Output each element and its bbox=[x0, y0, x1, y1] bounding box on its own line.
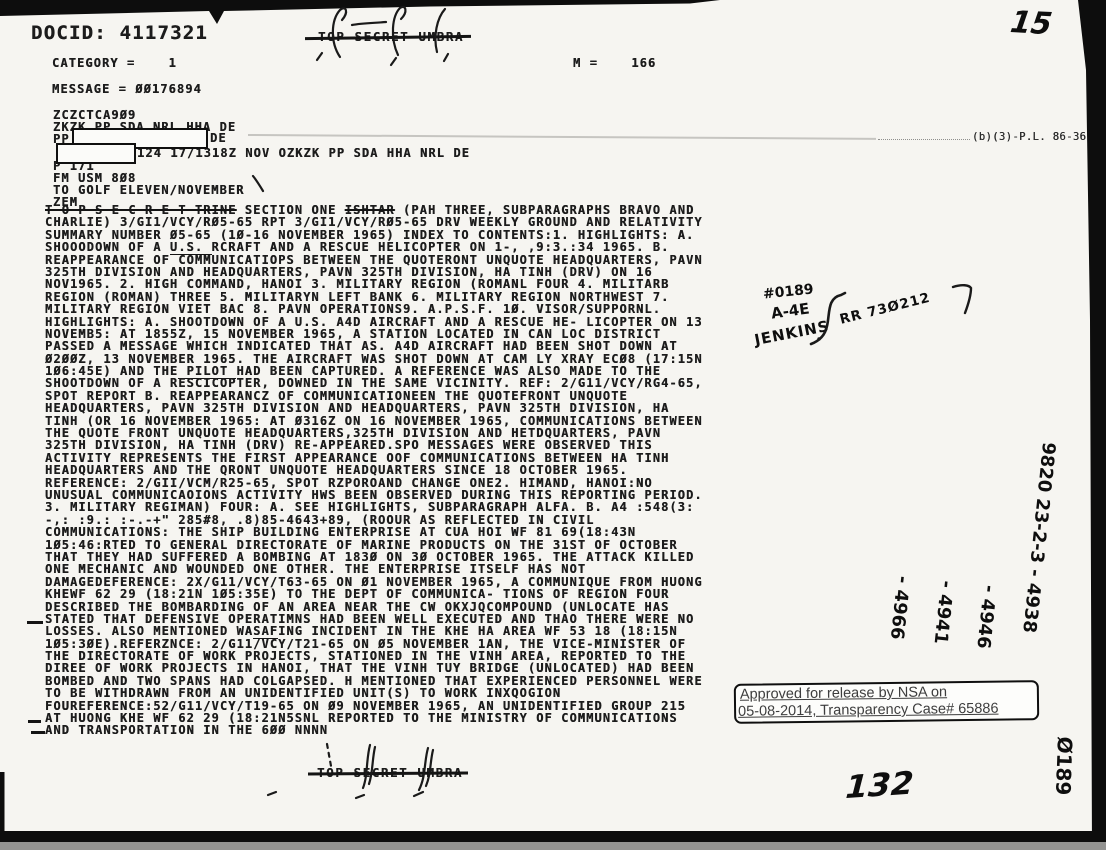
serial-3: - 4941 bbox=[932, 432, 969, 644]
document-scan-page: DOCID: 4117321 TOP SECRET UMBRA 15 CATEG… bbox=[0, 0, 1106, 850]
body-line: DIREE OF WORK PROJECTS IN HANOI, THAT TH… bbox=[45, 662, 703, 674]
side-serial: Ø189 bbox=[1051, 736, 1077, 796]
scan-edge-top bbox=[0, 0, 720, 24]
body-line: NOV1965. 2. HIGH COMMAND, HANOI 3. MILIT… bbox=[45, 278, 703, 290]
body-line: MILITARY REGION VIET BAC 8. PAVN OPERATI… bbox=[45, 303, 703, 315]
message-count-line: M = 166 bbox=[573, 57, 656, 69]
serial-main: 9820 23-2-3 - 4938 bbox=[1019, 441, 1056, 653]
body-line: LOSSES. ALSO MENTIONED WASAFING INCIDENT… bbox=[45, 625, 703, 637]
docid-line: DOCID: 4117321 bbox=[31, 22, 208, 44]
serial-4: - 4966 bbox=[889, 428, 926, 640]
release-stamp: Approved for release by NSA on 05-08-201… bbox=[734, 680, 1039, 724]
margin-dash-3 bbox=[31, 731, 45, 734]
scan-artifact-line bbox=[248, 134, 876, 139]
scan-edge-left bbox=[0, 772, 5, 834]
scan-edge-right bbox=[1078, 0, 1106, 850]
body-line: HEADQUARTERS AND THE QRONT UNQUOTE HEADQ… bbox=[45, 464, 703, 476]
body-text: T O P S E C R E T TRINE SECTION ONE ISHT… bbox=[45, 204, 703, 737]
pen-scribble-top-hook2 bbox=[391, 58, 396, 65]
redaction-box-2 bbox=[56, 143, 136, 164]
message-number-line: MESSAGE = ØØ176894 bbox=[52, 83, 202, 95]
pen-tick-golf bbox=[253, 176, 263, 191]
scan-edge-bottom-margin bbox=[0, 842, 1106, 850]
body-line: SHOOODOWN OF A U.S. RCRAFT AND A RESCUE … bbox=[45, 241, 703, 253]
pen-scribble-bottom-hook1 bbox=[268, 792, 276, 795]
note-aircraft: A-4E bbox=[770, 299, 811, 322]
routing-line-7: TO GOLF ELEVEN/NOVEMBER bbox=[53, 184, 244, 196]
body-line: 325TH DIVISION, HA TINH (DRV) RE-APPEARE… bbox=[45, 439, 703, 451]
body-line: KHEWF 62 29 (18:21N 1Ø5:35E) TO THE DEPT… bbox=[45, 588, 703, 600]
category-line: CATEGORY = 1 bbox=[52, 57, 177, 69]
body-line: CHARLIE) 3/GI1/VCY/RØ5-65 RPT 3/GI1/VCY/… bbox=[45, 216, 703, 228]
body-line: ONE MECHANIC AND WOUNDED ONE OTHER. THE … bbox=[45, 563, 703, 575]
body-line: COMMUNICATIONS: THE SHIP BUILDING ENTERP… bbox=[45, 526, 703, 538]
serial-number-block: 9820 23-2-3 - 4938 - 4946 - 4941 - 4966 bbox=[860, 425, 1084, 657]
body-line: AND TRANSPORTATION IN THE 6ØØ NNNN bbox=[45, 724, 703, 736]
pen-scribble-top-dash bbox=[352, 22, 386, 25]
serial-2: - 4946 bbox=[975, 437, 1012, 649]
body-line: HEADQUARTERS, PAVN 325TH DIVISION AND HE… bbox=[45, 402, 703, 414]
exemption-label: (b)(3)-P.L. 86-36 bbox=[972, 131, 1086, 143]
body-line: TO BE WITHDRAWN FROM AN UNIDENTIFIED UNI… bbox=[45, 687, 703, 699]
pen-scribble-top-hook1 bbox=[317, 53, 322, 60]
note-name: JENKINS bbox=[753, 317, 831, 349]
page-number-top: 15 bbox=[1004, 5, 1057, 42]
scan-edge-bottom bbox=[0, 831, 1106, 842]
body-line: PASSED A MESSAGE WHICH INDICATED THAT AS… bbox=[45, 340, 703, 352]
pen-scribble-bottom-hook2 bbox=[356, 795, 364, 798]
leader-dotted-line bbox=[878, 139, 970, 140]
note-ref: RR 73Ø212 bbox=[838, 290, 932, 328]
pen-scribble-top-hook3 bbox=[444, 54, 448, 61]
pen-scribble-bottom-dots bbox=[327, 744, 331, 766]
page-number-bottom: 132 bbox=[840, 764, 918, 807]
routing-line-3-suffix: DE bbox=[210, 132, 227, 144]
release-stamp-line2: 05-08-2014, Transparency Case# 65886 bbox=[738, 700, 1037, 721]
note-bracket-close bbox=[953, 285, 971, 313]
body-line: SHOOTDOWN OF A RESCICOPTER, DOWNED IN TH… bbox=[45, 377, 703, 389]
body-line: 3. MILITARY REGIMAN) FOUR: A. SEE HIGHLI… bbox=[45, 501, 703, 513]
margin-dash-1 bbox=[27, 621, 43, 624]
pen-scribble-bottom-hook3 bbox=[414, 792, 423, 796]
note-period bbox=[817, 337, 820, 340]
margin-dash-2 bbox=[28, 720, 41, 723]
